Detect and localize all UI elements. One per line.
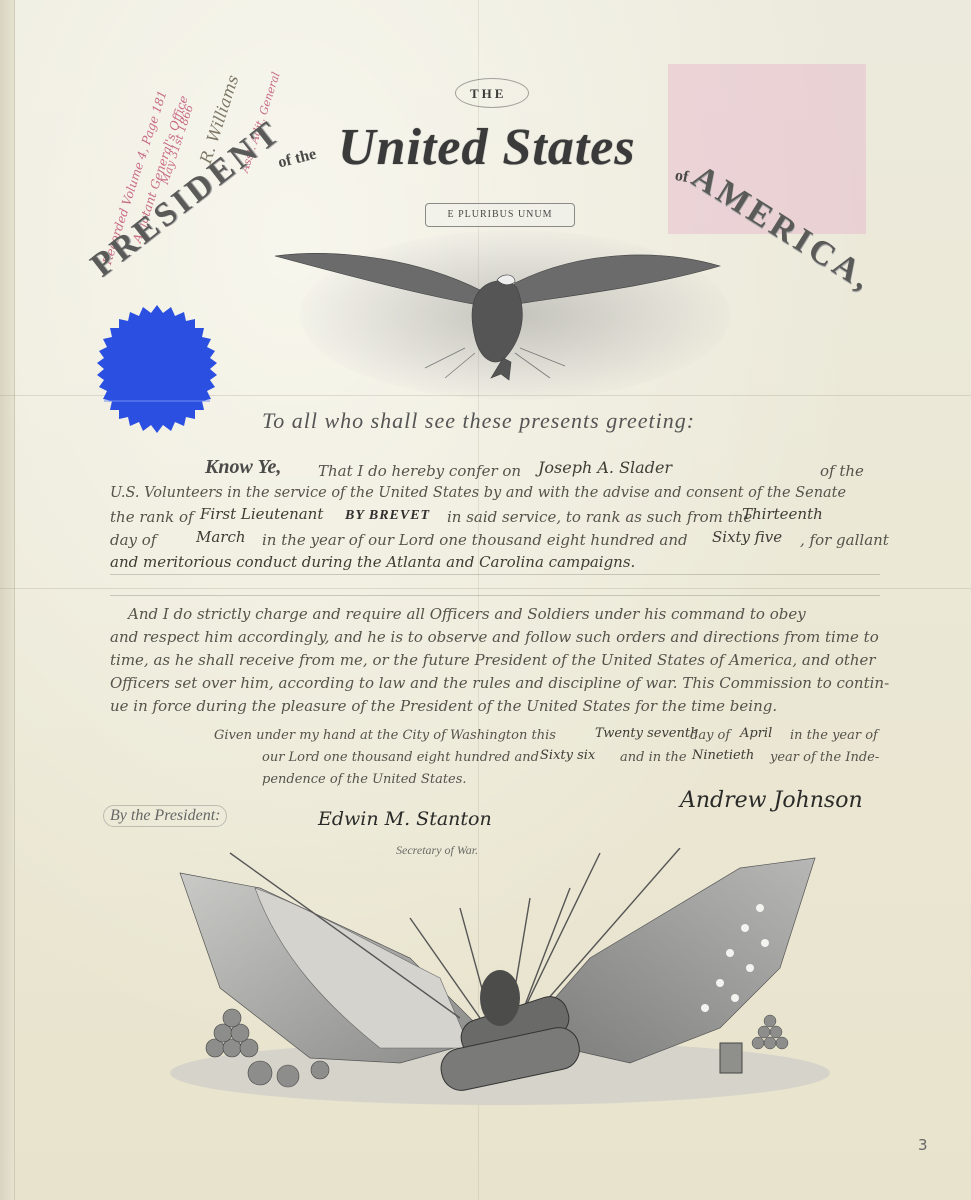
motto-ribbon: E PLURIBUS UNUM (425, 203, 575, 227)
charge-line: and respect him accordingly, and he is t… (110, 628, 879, 646)
seal-icon (82, 305, 232, 433)
military-trophy-vignette (160, 848, 840, 1108)
given-line3: pendence of the United States. (262, 772, 467, 787)
body-line1-post: of the (820, 462, 864, 480)
given-month: April (740, 726, 772, 741)
know-ye: Know Ye, (205, 456, 281, 479)
given-line1-pre: Given under my hand at the City of Washi… (214, 728, 556, 743)
president-signature: Andrew Johnson (680, 788, 863, 813)
body-line1-pre: That I do hereby confer on (318, 462, 521, 480)
body-line2: U.S. Volunteers in the service of the Un… (110, 485, 846, 501)
greeting-line: To all who shall see these presents gree… (262, 408, 695, 434)
header-united-states: United States (338, 118, 636, 177)
by-brevet: BY BREVET (345, 508, 430, 524)
header-of-the: of the (276, 146, 318, 173)
body-line3-pre: the rank of (110, 508, 194, 526)
given-line2-pre: our Lord one thousand eight hundred and (262, 750, 539, 765)
header-president: PRESIDENT (84, 113, 289, 285)
independence-year: Ninetieth (692, 748, 754, 763)
year-from: Sixty five (712, 528, 782, 546)
by-the-president: By the President: (103, 805, 227, 827)
given-line2-mid: and in the (620, 750, 687, 765)
month-from: March (196, 528, 246, 546)
body-line5: and meritorious conduct during the Atlan… (110, 553, 635, 571)
recipient-name: Joseph A. Slader (538, 458, 672, 477)
given-day: Twenty seventh (595, 726, 698, 741)
charge-line: ue in force during the pleasure of the P… (110, 697, 777, 715)
eagle-icon (265, 228, 735, 398)
header-the: THE (470, 86, 506, 102)
fill-line (110, 595, 880, 596)
left-edge (0, 0, 15, 1200)
given-line1-mid: day of (690, 728, 730, 743)
fold-line (0, 588, 971, 589)
given-year: Sixty six (540, 748, 595, 763)
secretary-signature: Edwin M. Stanton (318, 808, 492, 830)
fill-line (110, 574, 880, 575)
given-line1-post: in the year of (790, 728, 878, 743)
charge-line: And I do strictly charge and require all… (128, 605, 806, 623)
charge-line: time, as he shall receive from me, or th… (110, 651, 876, 669)
commission-document: Recorded Volume 4, Page 181 Adjutant Gen… (0, 0, 971, 1200)
body-line4-pre: day of (110, 531, 156, 549)
body-line4-mid: in the year of our Lord one thousand eig… (262, 531, 688, 549)
body-line4-post: , for gallant (800, 531, 889, 549)
body-line3-mid: in said service, to rank as such from th… (447, 508, 752, 526)
page-number: 3 (918, 1136, 928, 1154)
charge-line: Officers set over him, according to law … (110, 674, 889, 692)
rank: First Lieutenant (200, 505, 323, 523)
day-from: Thirteenth (742, 505, 823, 523)
given-line2-post: year of the Inde- (770, 750, 879, 765)
